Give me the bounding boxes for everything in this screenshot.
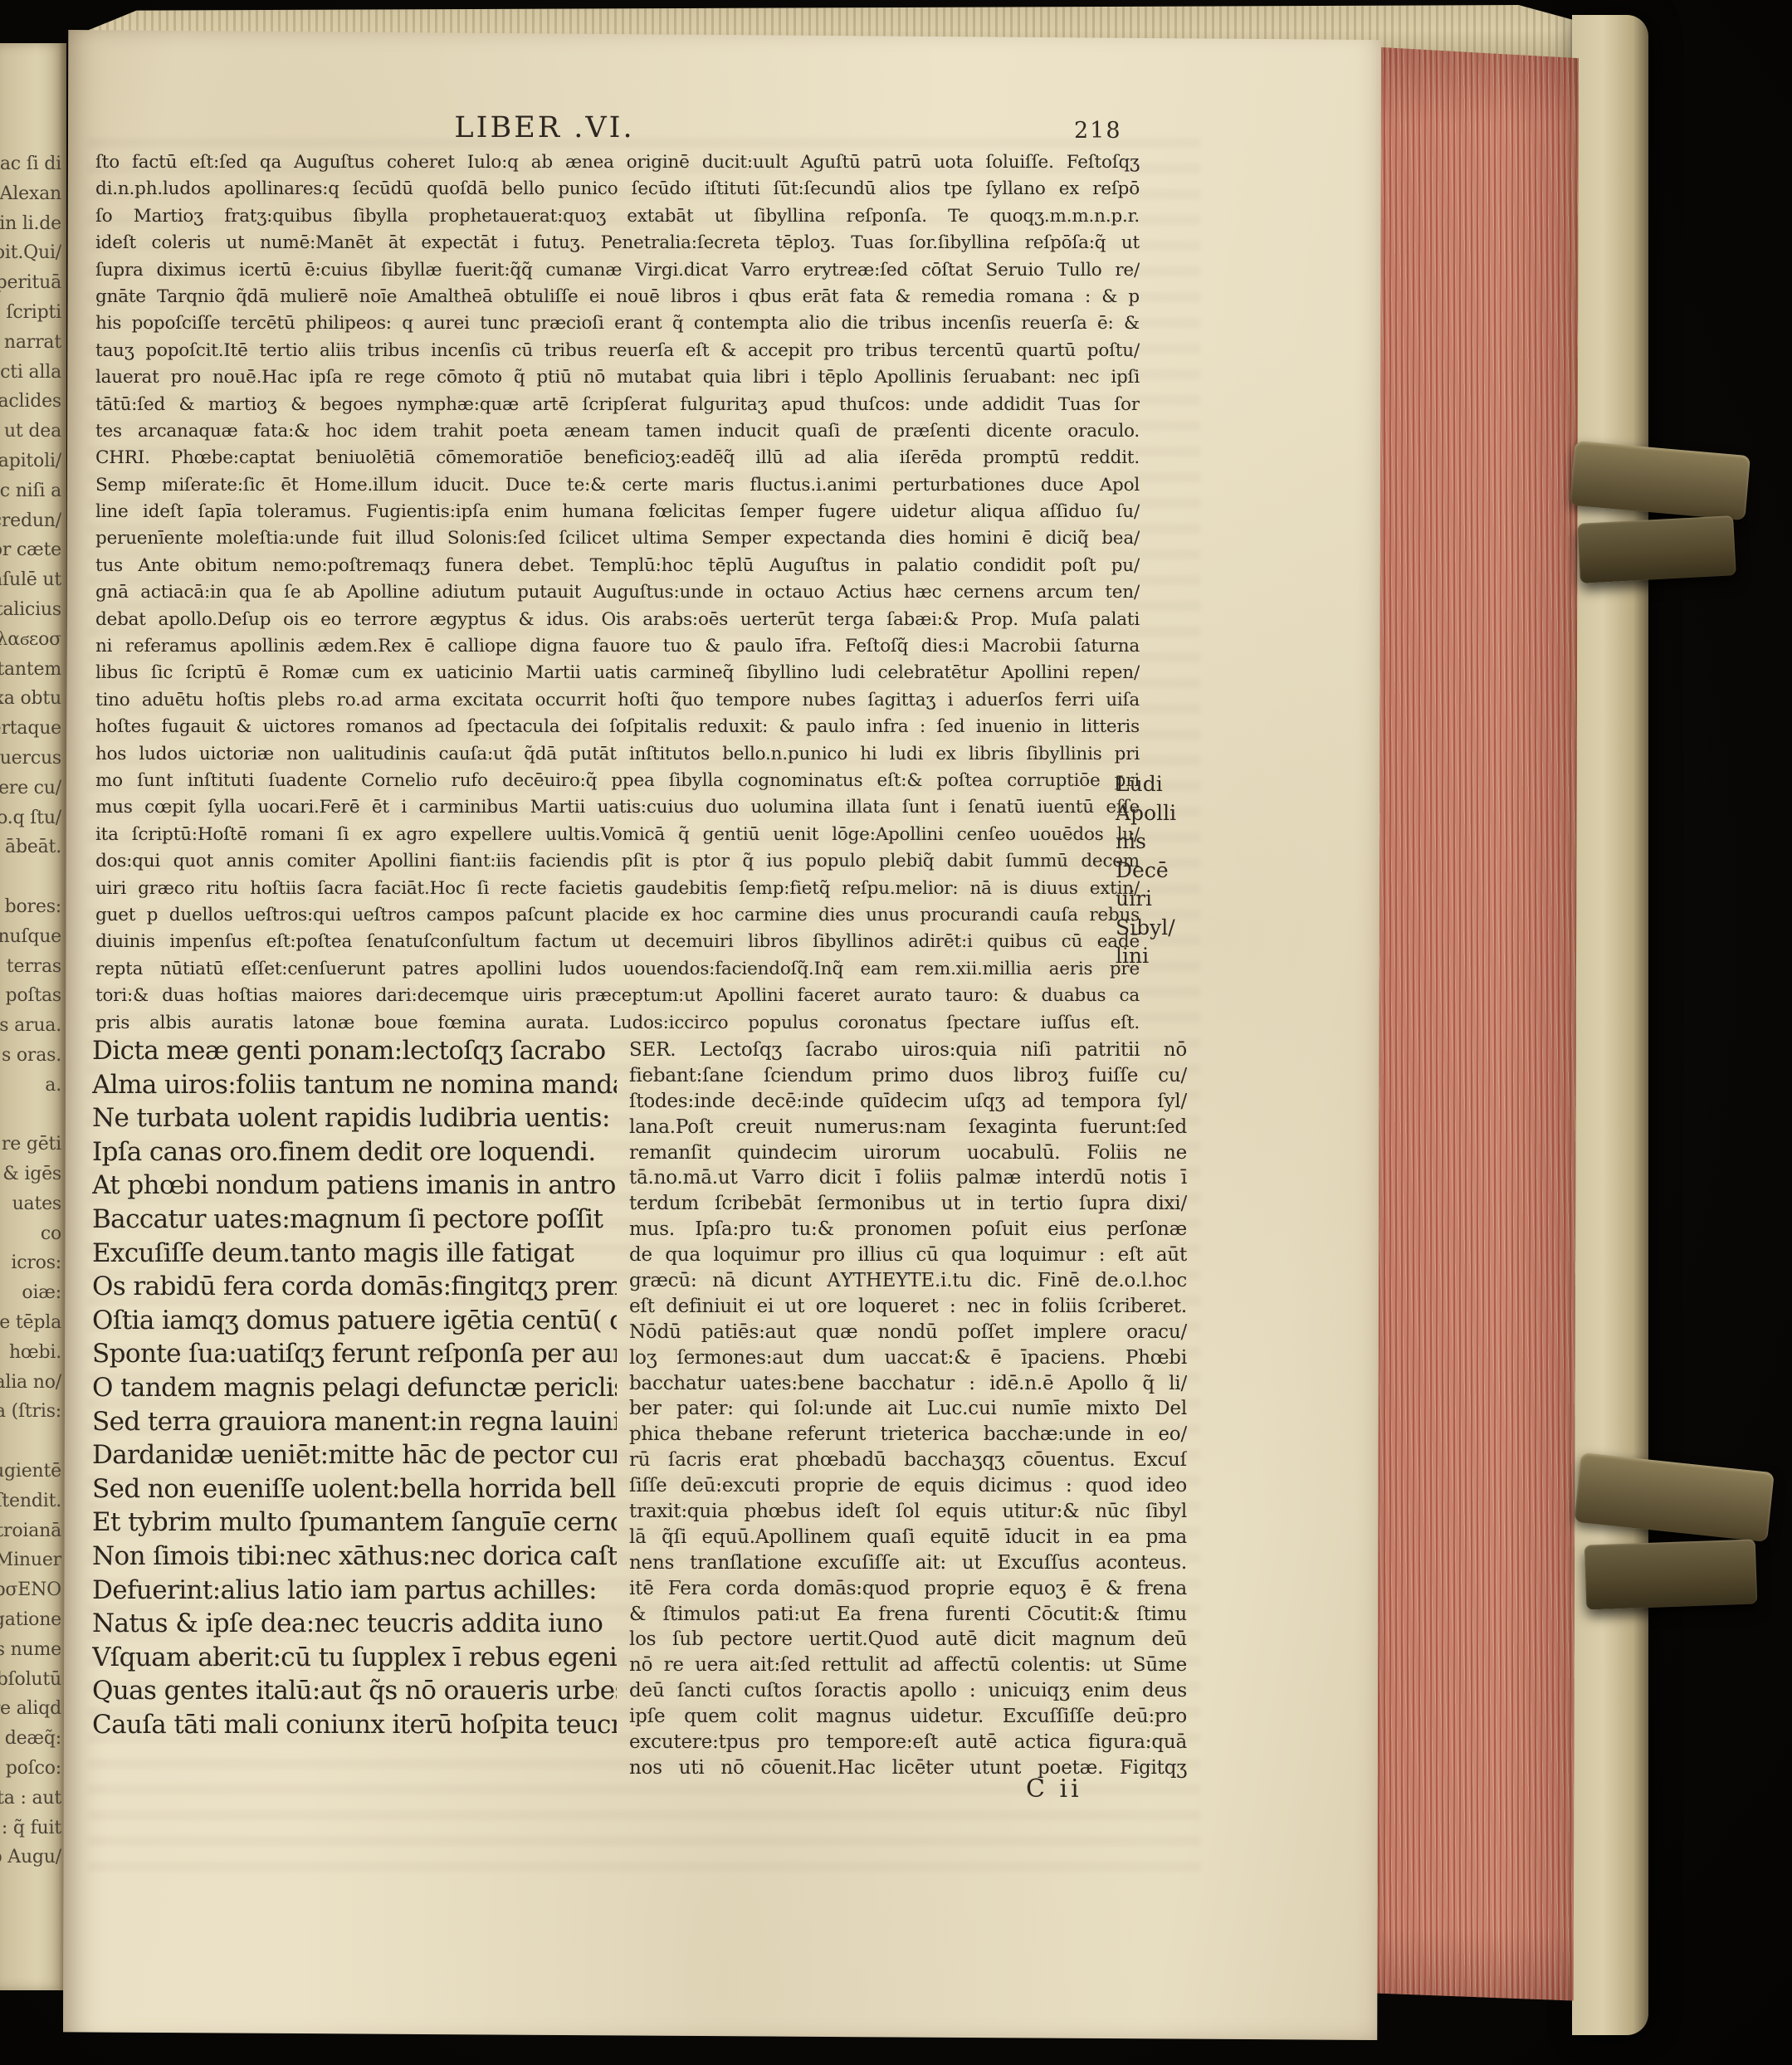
commentary-line: tori:& duas hoſtias maiores dari:decemqu…: [95, 983, 1140, 1009]
fore-edge-pages: [1366, 46, 1579, 2009]
commentary-line: ſupra diximus icertū ē:cuius ſibyllæ fue…: [95, 257, 1140, 284]
margin-note: Ludi: [1116, 770, 1240, 799]
signature-mark: C ii: [1026, 1775, 1082, 1804]
verse-line: Os rabidū fera corda domās:fingitqʒ prem…: [92, 1270, 617, 1304]
fragment-line: Heraclides: [0, 387, 61, 417]
commentary-line: eſt definiuit ei ut ore loqueret : nec i…: [629, 1294, 1187, 1320]
margin-note: Sibyl/: [1116, 914, 1240, 943]
commentary-line: diuinis impenſus eſt:poſtea ſenatuſconſu…: [95, 929, 1140, 955]
fragment-line: s in li.de: [0, 209, 61, 239]
fragment-line: us arua.: [0, 1011, 61, 1041]
verse-line: Non ſimois tibi:nec xāthus:nec dorica ca…: [92, 1540, 617, 1574]
verse-line: Alma uiros:foliis tantum ne nomina manda…: [92, 1068, 617, 1102]
fragment-line: olit ut dea: [0, 417, 61, 447]
verse-line: Cauſa tāti mali coniunx iterū hoſpita te…: [92, 1708, 617, 1742]
fragment-line: a Alexan: [0, 179, 61, 209]
commentary-top-block: ſto factū eſt:ſed qa Auguſtus coheret Iu…: [95, 149, 1140, 1037]
commentary-line: mo ſunt inſtituti ſuadente Cornelio rufo…: [95, 768, 1140, 794]
clasp-top: [1565, 443, 1765, 601]
fragment-line: debita poſco:: [0, 1754, 61, 1784]
commentary-line: Semp miſerate:ſic ēt Home.illum iducit. …: [95, 472, 1140, 499]
fragment-line: ē:ac ſi di: [0, 149, 61, 179]
commentary-line: rū ſacris erat phœbadū bacchaʒqʒ cōuentu…: [629, 1447, 1187, 1473]
margin-note: nis: [1116, 827, 1240, 857]
fragment-line: nuſque: [0, 922, 61, 952]
fragment-line: tu.abſolutū: [0, 1665, 61, 1695]
fragment-line: oit.Qui/: [0, 238, 61, 268]
commentary-line: phica thebane referunt trieterica bacchæ…: [629, 1422, 1187, 1447]
fragment-line: ē ut troianā: [0, 1516, 61, 1546]
commentary-line: SER. Lectoſqʒ ſacrabo uiros:quia niſi pa…: [629, 1037, 1187, 1063]
verse-line: Dicta meæ genti ponam:lectoſqʒ ſacrabo: [92, 1034, 617, 1068]
commentary-line: repta nūtiatū eſſet:cenſuerunt patres ap…: [95, 956, 1140, 983]
page-title: LIBER .VI.: [454, 111, 634, 144]
commentary-line: tus Ante obitum nemo:poſtremaqʒ funera d…: [95, 553, 1140, 579]
commentary-line: ipſe quem colit magnus uidetur. Excuſſiſ…: [629, 1704, 1187, 1730]
fragment-line: io ab Augu/: [0, 1843, 61, 1872]
commentary-line: ita ſcriptū:Hoſtē romani ſi ex agro expe…: [95, 822, 1140, 848]
fragment-line: λλαϭεοσ: [0, 625, 61, 655]
commentary-line: dos:qui quot annis comiter Apollini fian…: [95, 848, 1140, 875]
verse-line: Defuerint:alius latio iam partus achille…: [92, 1574, 617, 1608]
commentary-line: ſtodes:inde decē:inde quīdecim uſqʒ ad t…: [629, 1089, 1187, 1115]
commentary-line: loʒ ſermones:aut dum uaccat:& ē īpaciens…: [629, 1345, 1187, 1371]
fragment-line: us narrat: [0, 328, 61, 358]
fragment-line: fixa obtu: [0, 684, 61, 714]
fragment-line: uitantem: [0, 655, 61, 685]
fragment-line: ionē : q̃ fuit: [0, 1814, 61, 1843]
commentary-line: bacchatur uates:bene bacchatur : idē.n.ē…: [629, 1371, 1187, 1397]
fragment-line: Octalicius: [0, 595, 61, 625]
fragment-line: coacti alla: [0, 358, 61, 388]
commentary-line: los ſub pectore uertit.Quod autē dicit m…: [629, 1627, 1187, 1652]
fragment-line: [0, 862, 61, 892]
fragment-line: Sertaque: [0, 714, 61, 744]
left-page-text-fragments: ē:ac ſi dia Alexans in li.deoit.Qui/i pe…: [0, 149, 61, 1872]
recto-page: LIBER .VI. 218 ſto factū eſt:ſed qa Augu…: [63, 30, 1381, 2040]
clasp-plate-icon: [1577, 515, 1736, 583]
commentary-line: ſiſſe deū:excuti proprie de equis dicimu…: [629, 1473, 1187, 1499]
commentary-line: lauerat pro nouē.Hac ipſa re rege cōmoto…: [95, 364, 1140, 391]
commentary-line: itē Fera corda domās:quod proprie equoʒ …: [629, 1576, 1187, 1602]
fragment-line: ī uexata : aut: [0, 1784, 61, 1814]
commentary-line: ber pater: qui ſol:unde ait Luc.cui numī…: [629, 1396, 1187, 1422]
verse-line: Baccatur uates:magnum ſi pectore poſſit: [92, 1203, 617, 1237]
commentary-line: ideſt coleris ut numē:Manēt āt expectāt …: [95, 230, 1140, 256]
verse-line: Sponte ſua:uatiſqʒ ferunt reſponſa per a…: [92, 1337, 617, 1371]
fragment-line: bores:: [0, 892, 61, 922]
commentary-line: ſto factū eſt:ſed qa Auguſtus coheret Iu…: [95, 149, 1140, 176]
verse-column: Dicta meæ genti ponam:lectoſqʒ ſacraboAl…: [92, 1034, 617, 1741]
commentary-line: tes arcanaquæ fata:& hoc idem trahit poe…: [95, 418, 1140, 445]
commentary-line: gnā actiacā:in qua ſe ab Apolline adiutu…: [95, 579, 1140, 606]
fragment-line: uates: [0, 1189, 61, 1219]
fragment-line: i capitoli/: [0, 447, 61, 476]
margin-note-column: LudiApollinisDecēuiriSibyl/lini: [1116, 770, 1240, 971]
commentary-line: lā q̃ſi equū.Apollinem quaſi equitē īduc…: [629, 1525, 1187, 1550]
commentary-line: ſo Martioʒ fratʒ:quibus ſibylla propheta…: [95, 203, 1140, 230]
fragment-line: Quercus: [0, 744, 61, 774]
commentary-column: SER. Lectoſqʒ ſacrabo uiros:quia niſi pa…: [629, 1037, 1187, 1781]
fragment-line: icros:: [0, 1248, 61, 1278]
commentary-line: mus cœpit ſylla uocari.Ferē ēt i carmini…: [95, 794, 1140, 821]
verse-line: Excuſiſſe deum.tanto magis ille fatigat: [92, 1237, 617, 1271]
commentary-line: Nōdū patiēs:aut quæ nondū poſſet implere…: [629, 1320, 1187, 1345]
fragment-line: oiæ:: [0, 1278, 61, 1308]
fragment-line: & igēs: [0, 1159, 61, 1189]
fragment-line: ſe credun/: [0, 506, 61, 536]
commentary-line: excutere:tpus pro tempore:eſt autē actic…: [629, 1730, 1187, 1755]
clasp-strap-icon: [1570, 441, 1750, 520]
fragment-line: ore tēpla: [0, 1308, 61, 1338]
commentary-line: his popoſciſſe tercētū philipeos: q aure…: [95, 310, 1140, 337]
clasp-plate-icon: [1584, 1539, 1758, 1609]
fragment-line: ſe ſcripti: [0, 298, 61, 328]
verse-line: Oſtia iamqʒ domus patuere igētia centū( …: [92, 1304, 617, 1338]
photo-background: ē:ac ſi dia Alexans in li.deoit.Qui/i pe…: [0, 0, 1792, 2065]
verse-line: Et tybrim multo ſpumantem ſanguīe cerno.: [92, 1506, 617, 1540]
clasp-bottom: [1569, 1456, 1786, 1635]
margin-note: Apolli: [1116, 799, 1240, 828]
commentary-line: de qua loquimur pro illius cū qua loquim…: [629, 1242, 1187, 1268]
commentary-line: uiri græco ritu hoſtiis ſacra faciāt.Hoc…: [95, 876, 1140, 902]
verse-line: Dardanidæ ueniēt:mitte hāc de pector cur…: [92, 1438, 617, 1472]
commentary-line: guet p duellos ueſtros:qui ueſtros campo…: [95, 902, 1140, 929]
commentary-line: debat apollo.Deſup ois eo terrore ægyptu…: [95, 607, 1140, 633]
fragment-line: pe fugientē: [0, 1457, 61, 1487]
commentary-line: ni referamus apollinis ædem.Rex ē callio…: [95, 633, 1140, 660]
fragment-line: [0, 1101, 61, 1130]
verse-line: Ne turbata uolent rapidis ludibria uenti…: [92, 1101, 617, 1135]
fragment-line: terras: [0, 952, 61, 982]
verse-line: Quas gentes italū:aut q̃s nō oraueris ur…: [92, 1674, 617, 1708]
fragment-line: [0, 1427, 61, 1457]
commentary-line: tauʒ popoſcit.Itē tertio aliis tribus in…: [95, 338, 1140, 364]
commentary-line: tino aduētu hoſtis plebs ro.ad arma exci…: [95, 687, 1140, 714]
fragment-line: lo.q ſtu/: [0, 803, 61, 833]
fragment-line: tralia no/: [0, 1368, 61, 1398]
verse-line: Natus & ipſe dea:nec teucris addita iuno: [92, 1607, 617, 1641]
commentary-line: tā.no.mā.ut Varro dicit ī foliis palmæ i…: [629, 1165, 1187, 1191]
commentary-line: CHRI. Phœbe:captat beniuolētiā cōmemorat…: [95, 445, 1140, 471]
commentary-line: pris albis auratis latonæ boue fœmina au…: [95, 1010, 1140, 1037]
fragment-line: tellis nume: [0, 1635, 61, 1665]
fragment-line: s oras.: [0, 1041, 61, 1071]
commentary-line: deū ſancti cuſtos ſoractis apollo : unic…: [629, 1678, 1187, 1704]
commentary-line: lana.Poſt creuit numerus:nam ſexaginta f…: [629, 1115, 1187, 1140]
fragment-line: poſtas: [0, 981, 61, 1011]
commentary-line: remanſit quindecim uirorum uocabulū. Fol…: [629, 1140, 1187, 1166]
fragment-line: us αρσΕΝΟ: [0, 1575, 61, 1605]
fragment-line: hœbi.: [0, 1338, 61, 1368]
commentary-line: græcū: nā dicunt ΑΥΤΗΕΥΤΕ.i.tu dic. Finē…: [629, 1268, 1187, 1294]
folio-number: 218: [1074, 118, 1122, 144]
fragment-line: p̃ſtare aliqd: [0, 1694, 61, 1724]
fragment-line: eē ābeāt.: [0, 832, 61, 862]
margin-note: Decē: [1116, 857, 1240, 886]
verse-line: Sed non eueniſſe uolent:bella horrida be…: [92, 1472, 617, 1506]
commentary-line: di.n.ph.ludos apollinares:q ſecūdū quoſd…: [95, 176, 1140, 203]
commentary-line: nō re uera ait:ſed rettulit ad affectū c…: [629, 1652, 1187, 1678]
commentary-line: nens tranſlatione excuſiſſe ait: ut Excu…: [629, 1550, 1187, 1576]
fragment-line: au.oſtendit.: [0, 1487, 61, 1516]
verse-line: Vſquam aberit:cū tu ſupplex ī rebus egen…: [92, 1641, 617, 1675]
commentary-line: peruenīente moleſtia:unde fuit illud Sol…: [95, 525, 1140, 552]
commentary-line: hos ludos uictoriæ non ualitudinis cauſa…: [95, 741, 1140, 768]
margin-note: lini: [1116, 942, 1240, 971]
left-page-edge: ē:ac ſi dia Alexans in li.deoit.Qui/i pe…: [0, 43, 66, 1990]
commentary-line: mus. Ipſa:pro tu:& pronomen poſuit eius …: [629, 1217, 1187, 1242]
margin-note: uiri: [1116, 885, 1240, 914]
fragment-line: :nec niſi a: [0, 476, 61, 506]
verse-line: Sed terra grauiora manent:in regna lauin…: [92, 1405, 617, 1439]
fragment-line: ilior cæte: [0, 535, 61, 565]
commentary-line: tātū:ſed & martioʒ & begoes nymphæ:quæ a…: [95, 392, 1140, 418]
fragment-line: enegatione: [0, 1605, 61, 1635]
verse-line: O tandem magnis pelagi defunctæ periclis…: [92, 1371, 617, 1405]
commentary-line: terdum ſcribebāt ſermonibus ut in tertio…: [629, 1191, 1187, 1217]
back-cover-edge: [1572, 15, 1648, 2035]
commentary-line: fiebant:ſane ſciendum primo duos libroʒ …: [629, 1063, 1187, 1089]
running-header: LIBER .VI.: [171, 111, 918, 144]
fragment-line: i perituā: [0, 268, 61, 298]
commentary-line: line ideſt ſapīa toleramus. Fugientis:ip…: [95, 499, 1140, 525]
fragment-line: co: [0, 1219, 61, 1249]
commentary-line: & ſtimulos pati:ut Ea frena furenti Cōcu…: [629, 1602, 1187, 1628]
commentary-line: libus ſic ſcriptū ē Romæ cum ex uaticini…: [95, 660, 1140, 686]
fragment-line: piere cu/: [0, 774, 61, 803]
verse-line: At phœbi nondum patiens imanis in antro: [92, 1169, 617, 1203]
commentary-line: nos uti nō cōuenit.Hac licēter utunt poe…: [629, 1755, 1187, 1781]
commentary-line: gnāte Tarqnio q̃dā mulierē noīe Amaltheā…: [95, 284, 1140, 310]
fragment-line: os dii deæq̃:: [0, 1724, 61, 1754]
clasp-strap-icon: [1574, 1452, 1774, 1542]
commentary-line: hoſtes fugauit & uictores romanos ad ſpe…: [95, 714, 1140, 740]
fragment-line: ris Minuer: [0, 1545, 61, 1575]
verse-line: Ipſa canas oro.finem dedit ore loquendi.: [92, 1135, 617, 1169]
commentary-line: traxit:quia phœbus ideſt ſol equis utitu…: [629, 1499, 1187, 1525]
fragment-line: a.: [0, 1071, 61, 1101]
fragment-line: ta (ſtris:: [0, 1397, 61, 1427]
fragment-line: conſulē ut: [0, 565, 61, 595]
fragment-line: re gēti: [0, 1130, 61, 1159]
